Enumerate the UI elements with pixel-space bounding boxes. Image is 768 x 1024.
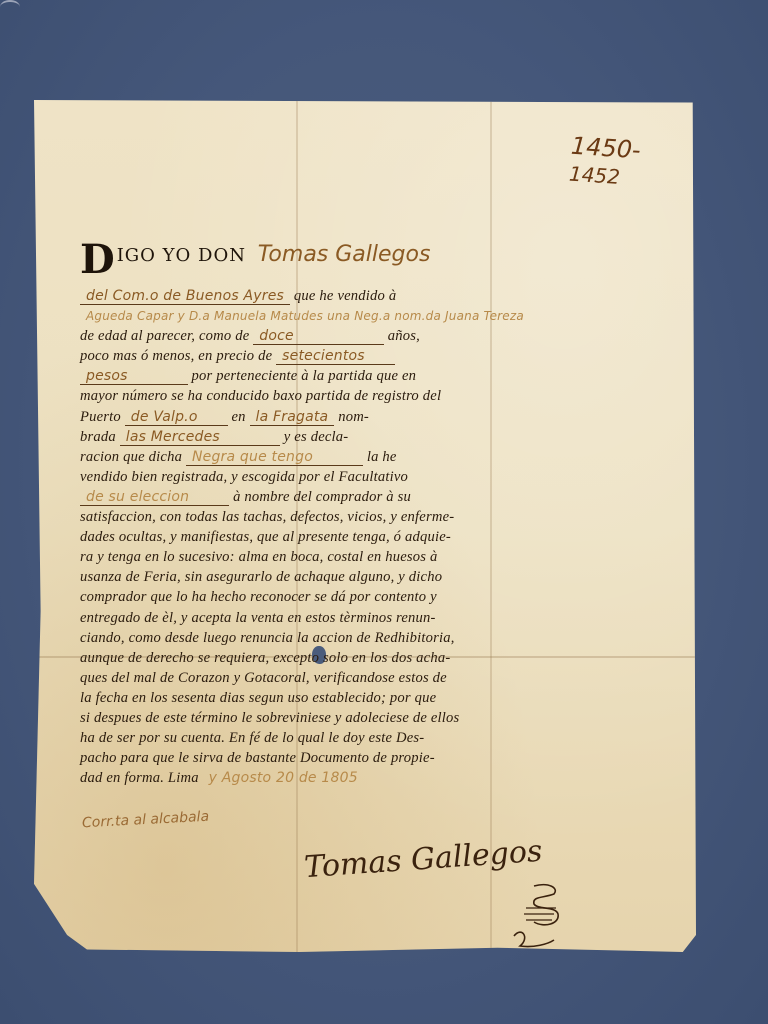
text-line: la fecha en los sesenta dias segun uso e…	[80, 688, 570, 708]
text-line: ra y tenga en lo sucesivo: alma en boca,…	[80, 547, 570, 567]
text-line: si despues de este término le sobrevinie…	[80, 708, 570, 728]
text-line: racion que dicha Negra que tengo la he	[80, 447, 570, 467]
text-line: del Com.o de Buenos Ayres que he vendido…	[80, 286, 570, 306]
text-line: satisfaccion, con todas las tachas, defe…	[80, 507, 570, 527]
text-line: de edad al parecer, como de doce años,	[80, 326, 570, 346]
text-line: dades ocultas, y manifiestas, que al pre…	[80, 527, 570, 547]
dropcap: D	[80, 242, 115, 278]
text-line: ciando, como desde luego renuncia la acc…	[80, 628, 570, 648]
seller-name: Tomas Gallegos	[252, 242, 437, 267]
heading-printed: IGO YO DON	[117, 245, 246, 266]
text-line: ques del mal de Corazon y Gotacoral, ver…	[80, 668, 570, 688]
text-line: comprador que lo ha hecho reconocer se d…	[80, 587, 570, 607]
tax-annotation: Corr.ta al alcabala	[82, 809, 210, 832]
rubric-flourish-icon	[504, 878, 574, 958]
text-line: pacho para que le sirva de bastante Docu…	[80, 748, 570, 768]
text-line: vendido bien registrada, y escogida por …	[80, 467, 570, 487]
text-line: de su eleccion à nombre del comprador à …	[80, 487, 570, 507]
catalog-number: 1450- 1452	[568, 132, 641, 193]
text-line: ha de ser por su cuenta. En fé de lo qua…	[80, 728, 570, 748]
text-line: pesos por perteneciente à la partida que…	[80, 366, 570, 386]
text-line: mayor número se ha conducido baxo partid…	[80, 386, 570, 406]
text-line: poco mas ó menos, en precio de setecient…	[80, 346, 570, 366]
text-line: Puerto de Valp.o en la Fragata nom-	[80, 407, 570, 427]
text-line: entregado de èl, y acepta la venta en es…	[80, 608, 570, 628]
deed-body: del Com.o de Buenos Ayres que he vendido…	[80, 286, 570, 788]
text-line: dad en forma. Lima y Agosto 20 de 1805	[80, 768, 570, 788]
text-line: usanza de Feria, sin asegurarlo de achaq…	[80, 567, 570, 587]
document-heading: D IGO YO DON Tomas Gallegos	[80, 242, 436, 278]
text-line: Agueda Capar y D.a Manuela Matudes una N…	[80, 306, 570, 326]
text-line: aunque de derecho se requiera, excepto s…	[80, 648, 570, 668]
manuscript-page: 1450- 1452 D IGO YO DON Tomas Gallegos d…	[34, 100, 696, 952]
background-mark	[0, 0, 20, 14]
text-line: brada las Mercedes y es decla-	[80, 427, 570, 447]
